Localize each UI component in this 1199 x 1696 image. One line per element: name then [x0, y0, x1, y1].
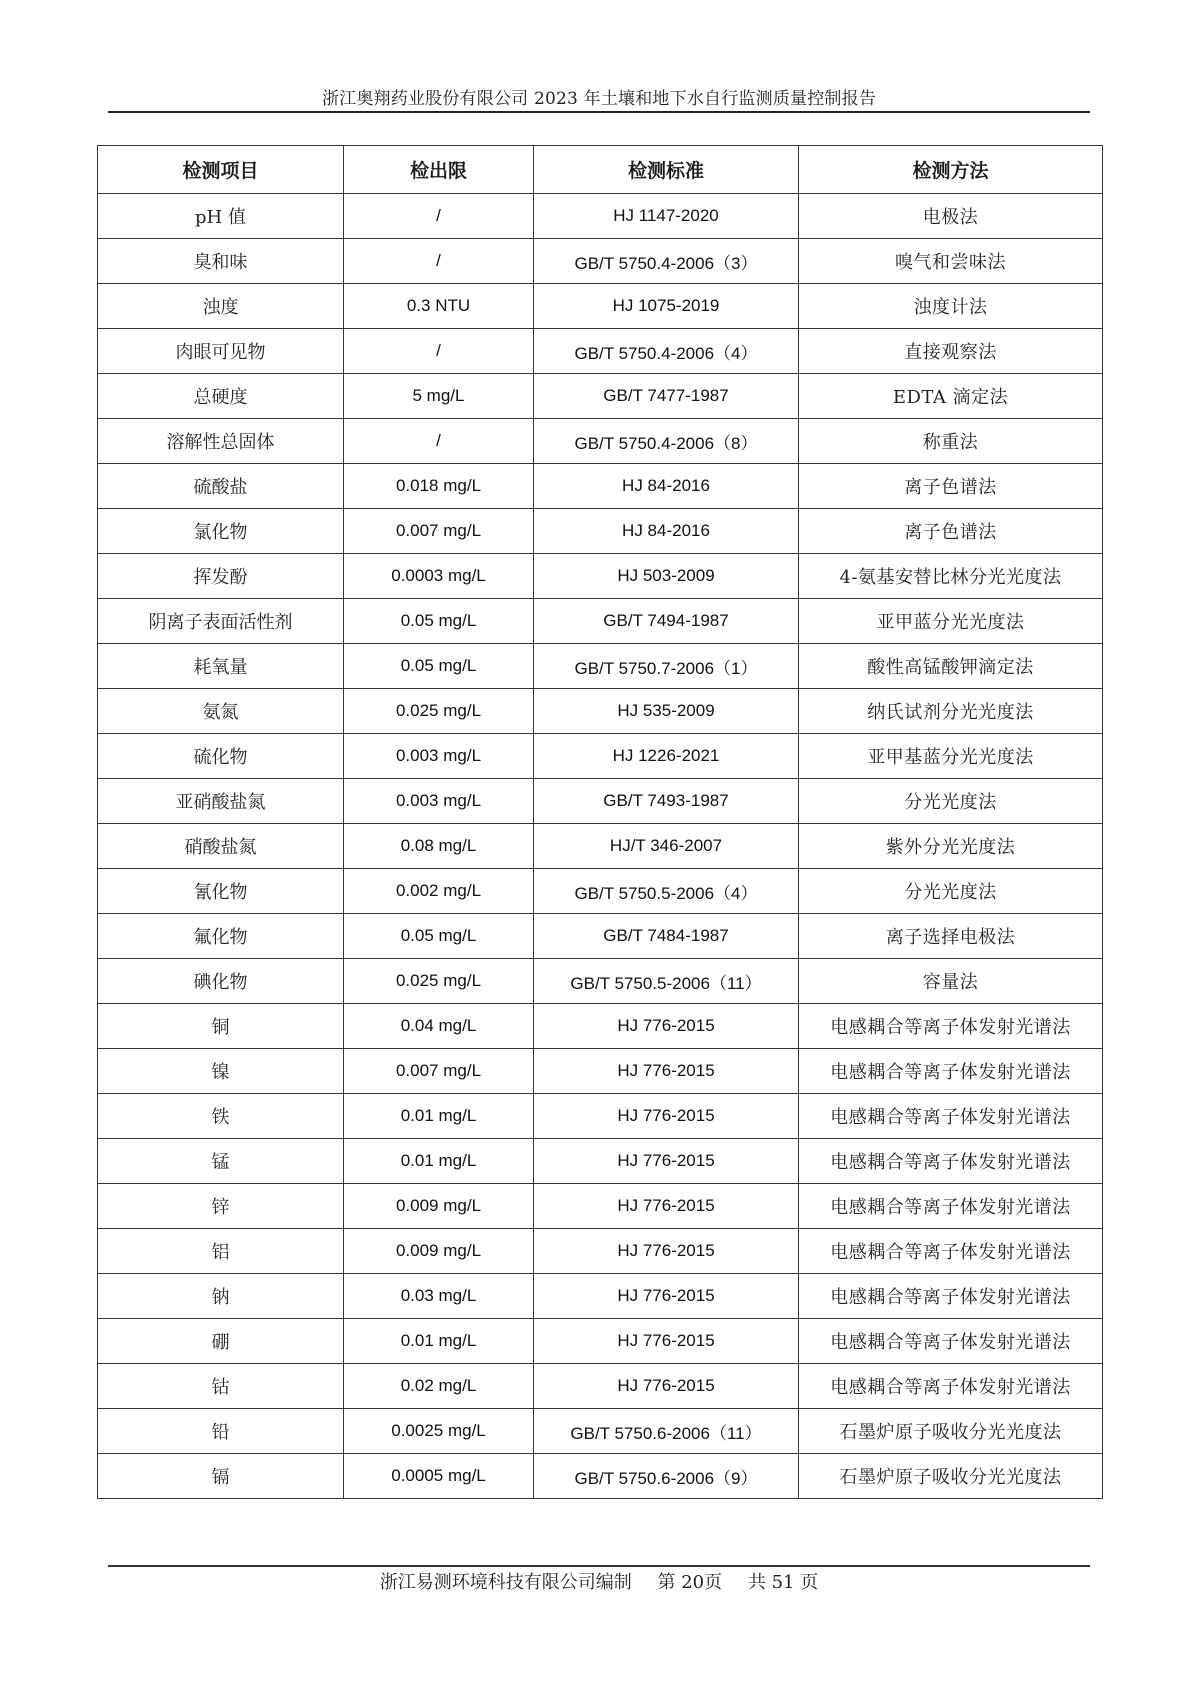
page-header-title: 浙江奥翔药业股份有限公司 2023 年土壤和地下水自行监测质量控制报告: [108, 84, 1090, 109]
cell-method: 离子选择电极法: [799, 914, 1103, 959]
cell-standard: GB/T 5750.4-2006（3）: [534, 239, 799, 284]
table-row: 耗氧量0.05 mg/LGB/T 5750.7-2006（1）酸性高锰酸钾滴定法: [98, 644, 1103, 689]
cell-method: 电感耦合等离子体发射光谱法: [799, 1319, 1103, 1364]
cell-standard: HJ/T 346-2007: [534, 824, 799, 869]
cell-item: 碘化物: [98, 959, 344, 1004]
cell-standard: GB/T 5750.7-2006（1）: [534, 644, 799, 689]
cell-detection-limit: /: [344, 194, 534, 239]
cell-item: 阴离子表面活性剂: [98, 599, 344, 644]
cell-item: 氨氮: [98, 689, 344, 734]
cell-item: 铝: [98, 1229, 344, 1274]
cell-item: 锌: [98, 1184, 344, 1229]
cell-detection-limit: 0.0003 mg/L: [344, 554, 534, 599]
cell-item: 氯化物: [98, 509, 344, 554]
footer-page-number: 第 20页: [658, 1572, 723, 1593]
cell-standard: HJ 535-2009: [534, 689, 799, 734]
cell-item: 耗氧量: [98, 644, 344, 689]
cell-detection-limit: 0.003 mg/L: [344, 734, 534, 779]
cell-detection-limit: 0.003 mg/L: [344, 779, 534, 824]
cell-detection-limit: 0.025 mg/L: [344, 959, 534, 1004]
cell-detection-limit: 0.05 mg/L: [344, 644, 534, 689]
cell-standard: HJ 1147-2020: [534, 194, 799, 239]
cell-standard: HJ 1226-2021: [534, 734, 799, 779]
cell-standard: HJ 84-2016: [534, 464, 799, 509]
cell-method: 亚甲基蓝分光光度法: [799, 734, 1103, 779]
cell-standard: GB/T 7494-1987: [534, 599, 799, 644]
cell-method: 电感耦合等离子体发射光谱法: [799, 1229, 1103, 1274]
cell-standard: GB/T 5750.5-2006（11）: [534, 959, 799, 1004]
table-row: 钠0.03 mg/LHJ 776-2015电感耦合等离子体发射光谱法: [98, 1274, 1103, 1319]
column-header-method: 检测方法: [799, 146, 1103, 194]
cell-method: 电极法: [799, 194, 1103, 239]
cell-item: pH 值: [98, 194, 344, 239]
table-row: 硼0.01 mg/LHJ 776-2015电感耦合等离子体发射光谱法: [98, 1319, 1103, 1364]
table-row: 硝酸盐氮0.08 mg/LHJ/T 346-2007紫外分光光度法: [98, 824, 1103, 869]
cell-detection-limit: 0.01 mg/L: [344, 1139, 534, 1184]
cell-detection-limit: 0.04 mg/L: [344, 1004, 534, 1049]
cell-standard: HJ 776-2015: [534, 1049, 799, 1094]
cell-detection-limit: 0.009 mg/L: [344, 1229, 534, 1274]
cell-method: 电感耦合等离子体发射光谱法: [799, 1364, 1103, 1409]
cell-standard: HJ 776-2015: [534, 1364, 799, 1409]
cell-method: EDTA 滴定法: [799, 374, 1103, 419]
cell-standard: HJ 776-2015: [534, 1229, 799, 1274]
cell-standard: GB/T 5750.6-2006（9）: [534, 1454, 799, 1499]
cell-method: 紫外分光光度法: [799, 824, 1103, 869]
cell-method: 电感耦合等离子体发射光谱法: [799, 1139, 1103, 1184]
cell-standard: GB/T 7493-1987: [534, 779, 799, 824]
cell-method: 离子色谱法: [799, 464, 1103, 509]
cell-detection-limit: 0.05 mg/L: [344, 599, 534, 644]
cell-method: 称重法: [799, 419, 1103, 464]
cell-detection-limit: 0.02 mg/L: [344, 1364, 534, 1409]
cell-item: 铁: [98, 1094, 344, 1139]
table-row: 肉眼可见物/GB/T 5750.4-2006（4）直接观察法: [98, 329, 1103, 374]
cell-item: 钴: [98, 1364, 344, 1409]
table-row: 臭和味/GB/T 5750.4-2006（3）嗅气和尝味法: [98, 239, 1103, 284]
cell-standard: HJ 503-2009: [534, 554, 799, 599]
cell-method: 酸性高锰酸钾滴定法: [799, 644, 1103, 689]
cell-method: 石墨炉原子吸收分光光度法: [799, 1454, 1103, 1499]
table-row: 总硬度5 mg/LGB/T 7477-1987EDTA 滴定法: [98, 374, 1103, 419]
cell-method: 电感耦合等离子体发射光谱法: [799, 1049, 1103, 1094]
cell-method: 亚甲蓝分光光度法: [799, 599, 1103, 644]
cell-item: 溶解性总固体: [98, 419, 344, 464]
cell-item: 氰化物: [98, 869, 344, 914]
table-row: 氨氮0.025 mg/LHJ 535-2009纳氏试剂分光光度法: [98, 689, 1103, 734]
table-row: 铜0.04 mg/LHJ 776-2015电感耦合等离子体发射光谱法: [98, 1004, 1103, 1049]
cell-method: 容量法: [799, 959, 1103, 1004]
cell-detection-limit: 5 mg/L: [344, 374, 534, 419]
cell-detection-limit: 0.3 NTU: [344, 284, 534, 329]
cell-detection-limit: 0.0025 mg/L: [344, 1409, 534, 1454]
cell-method: 离子色谱法: [799, 509, 1103, 554]
cell-method: 石墨炉原子吸收分光光度法: [799, 1409, 1103, 1454]
cell-standard: GB/T 5750.4-2006（8）: [534, 419, 799, 464]
cell-detection-limit: 0.007 mg/L: [344, 509, 534, 554]
cell-detection-limit: /: [344, 419, 534, 464]
column-header-item: 检测项目: [98, 146, 344, 194]
cell-method: 电感耦合等离子体发射光谱法: [799, 1094, 1103, 1139]
cell-method: 嗅气和尝味法: [799, 239, 1103, 284]
footer-divider: [108, 1565, 1090, 1567]
cell-detection-limit: /: [344, 239, 534, 284]
table-row: 硫酸盐0.018 mg/LHJ 84-2016离子色谱法: [98, 464, 1103, 509]
cell-detection-limit: 0.03 mg/L: [344, 1274, 534, 1319]
table-row: 锰0.01 mg/LHJ 776-2015电感耦合等离子体发射光谱法: [98, 1139, 1103, 1184]
table-row: 钴0.02 mg/LHJ 776-2015电感耦合等离子体发射光谱法: [98, 1364, 1103, 1409]
cell-standard: HJ 776-2015: [534, 1094, 799, 1139]
cell-item: 锰: [98, 1139, 344, 1184]
table-row: 铁0.01 mg/LHJ 776-2015电感耦合等离子体发射光谱法: [98, 1094, 1103, 1139]
cell-detection-limit: 0.025 mg/L: [344, 689, 534, 734]
table-row: 锌0.009 mg/LHJ 776-2015电感耦合等离子体发射光谱法: [98, 1184, 1103, 1229]
cell-item: 硝酸盐氮: [98, 824, 344, 869]
cell-item: 臭和味: [98, 239, 344, 284]
cell-item: 钠: [98, 1274, 344, 1319]
cell-detection-limit: 0.002 mg/L: [344, 869, 534, 914]
cell-item: 铅: [98, 1409, 344, 1454]
cell-method: 电感耦合等离子体发射光谱法: [799, 1274, 1103, 1319]
cell-method: 纳氏试剂分光光度法: [799, 689, 1103, 734]
cell-method: 直接观察法: [799, 329, 1103, 374]
column-header-limit: 检出限: [344, 146, 534, 194]
cell-method: 电感耦合等离子体发射光谱法: [799, 1184, 1103, 1229]
cell-method: 分光光度法: [799, 779, 1103, 824]
cell-detection-limit: 0.009 mg/L: [344, 1184, 534, 1229]
table-row: 亚硝酸盐氮0.003 mg/LGB/T 7493-1987分光光度法: [98, 779, 1103, 824]
cell-method: 4-氨基安替比林分光光度法: [799, 554, 1103, 599]
cell-detection-limit: 0.0005 mg/L: [344, 1454, 534, 1499]
cell-detection-limit: 0.01 mg/L: [344, 1094, 534, 1139]
cell-standard: HJ 776-2015: [534, 1274, 799, 1319]
cell-method: 浊度计法: [799, 284, 1103, 329]
cell-standard: HJ 776-2015: [534, 1319, 799, 1364]
table-row: 铝0.009 mg/LHJ 776-2015电感耦合等离子体发射光谱法: [98, 1229, 1103, 1274]
column-header-standard: 检测标准: [534, 146, 799, 194]
cell-item: 亚硝酸盐氮: [98, 779, 344, 824]
footer-compiler: 浙江易测环境科技有限公司编制: [380, 1572, 632, 1593]
cell-standard: GB/T 5750.6-2006（11）: [534, 1409, 799, 1454]
cell-method: 电感耦合等离子体发射光谱法: [799, 1004, 1103, 1049]
cell-method: 分光光度法: [799, 869, 1103, 914]
cell-standard: HJ 776-2015: [534, 1004, 799, 1049]
cell-standard: GB/T 5750.5-2006（4）: [534, 869, 799, 914]
cell-item: 总硬度: [98, 374, 344, 419]
cell-item: 浊度: [98, 284, 344, 329]
table-row: 溶解性总固体/GB/T 5750.4-2006（8）称重法: [98, 419, 1103, 464]
cell-standard: HJ 776-2015: [534, 1139, 799, 1184]
cell-item: 氟化物: [98, 914, 344, 959]
cell-detection-limit: 0.05 mg/L: [344, 914, 534, 959]
footer-total-pages: 共 51 页: [748, 1572, 818, 1593]
cell-detection-limit: 0.01 mg/L: [344, 1319, 534, 1364]
cell-item: 镉: [98, 1454, 344, 1499]
header-divider: [108, 111, 1090, 113]
cell-standard: GB/T 5750.4-2006（4）: [534, 329, 799, 374]
table-row: 浊度0.3 NTUHJ 1075-2019浊度计法: [98, 284, 1103, 329]
cell-detection-limit: /: [344, 329, 534, 374]
cell-standard: GB/T 7477-1987: [534, 374, 799, 419]
cell-standard: GB/T 7484-1987: [534, 914, 799, 959]
page-footer: 浙江易测环境科技有限公司编制 第 20页 共 51 页: [108, 1568, 1090, 1594]
cell-item: 肉眼可见物: [98, 329, 344, 374]
table-row: pH 值/HJ 1147-2020电极法: [98, 194, 1103, 239]
cell-standard: HJ 84-2016: [534, 509, 799, 554]
cell-detection-limit: 0.08 mg/L: [344, 824, 534, 869]
table-row: 挥发酚0.0003 mg/LHJ 503-20094-氨基安替比林分光光度法: [98, 554, 1103, 599]
cell-item: 硫化物: [98, 734, 344, 779]
table-row: 阴离子表面活性剂0.05 mg/LGB/T 7494-1987亚甲蓝分光光度法: [98, 599, 1103, 644]
table-row: 镍0.007 mg/LHJ 776-2015电感耦合等离子体发射光谱法: [98, 1049, 1103, 1094]
table-row: 镉0.0005 mg/LGB/T 5750.6-2006（9）石墨炉原子吸收分光…: [98, 1454, 1103, 1499]
cell-item: 挥发酚: [98, 554, 344, 599]
table-row: 铅0.0025 mg/LGB/T 5750.6-2006（11）石墨炉原子吸收分…: [98, 1409, 1103, 1454]
table-row: 氯化物0.007 mg/LHJ 84-2016离子色谱法: [98, 509, 1103, 554]
cell-item: 硼: [98, 1319, 344, 1364]
table-row: 氰化物0.002 mg/LGB/T 5750.5-2006（4）分光光度法: [98, 869, 1103, 914]
table-row: 硫化物0.003 mg/LHJ 1226-2021亚甲基蓝分光光度法: [98, 734, 1103, 779]
cell-item: 镍: [98, 1049, 344, 1094]
cell-item: 硫酸盐: [98, 464, 344, 509]
cell-standard: HJ 1075-2019: [534, 284, 799, 329]
table-header-row: 检测项目 检出限 检测标准 检测方法: [98, 146, 1103, 194]
detection-methods-table: 检测项目 检出限 检测标准 检测方法 pH 值/HJ 1147-2020电极法臭…: [97, 145, 1103, 1499]
cell-detection-limit: 0.018 mg/L: [344, 464, 534, 509]
table-row: 氟化物0.05 mg/LGB/T 7484-1987离子选择电极法: [98, 914, 1103, 959]
cell-item: 铜: [98, 1004, 344, 1049]
cell-standard: HJ 776-2015: [534, 1184, 799, 1229]
table-row: 碘化物0.025 mg/LGB/T 5750.5-2006（11）容量法: [98, 959, 1103, 1004]
cell-detection-limit: 0.007 mg/L: [344, 1049, 534, 1094]
